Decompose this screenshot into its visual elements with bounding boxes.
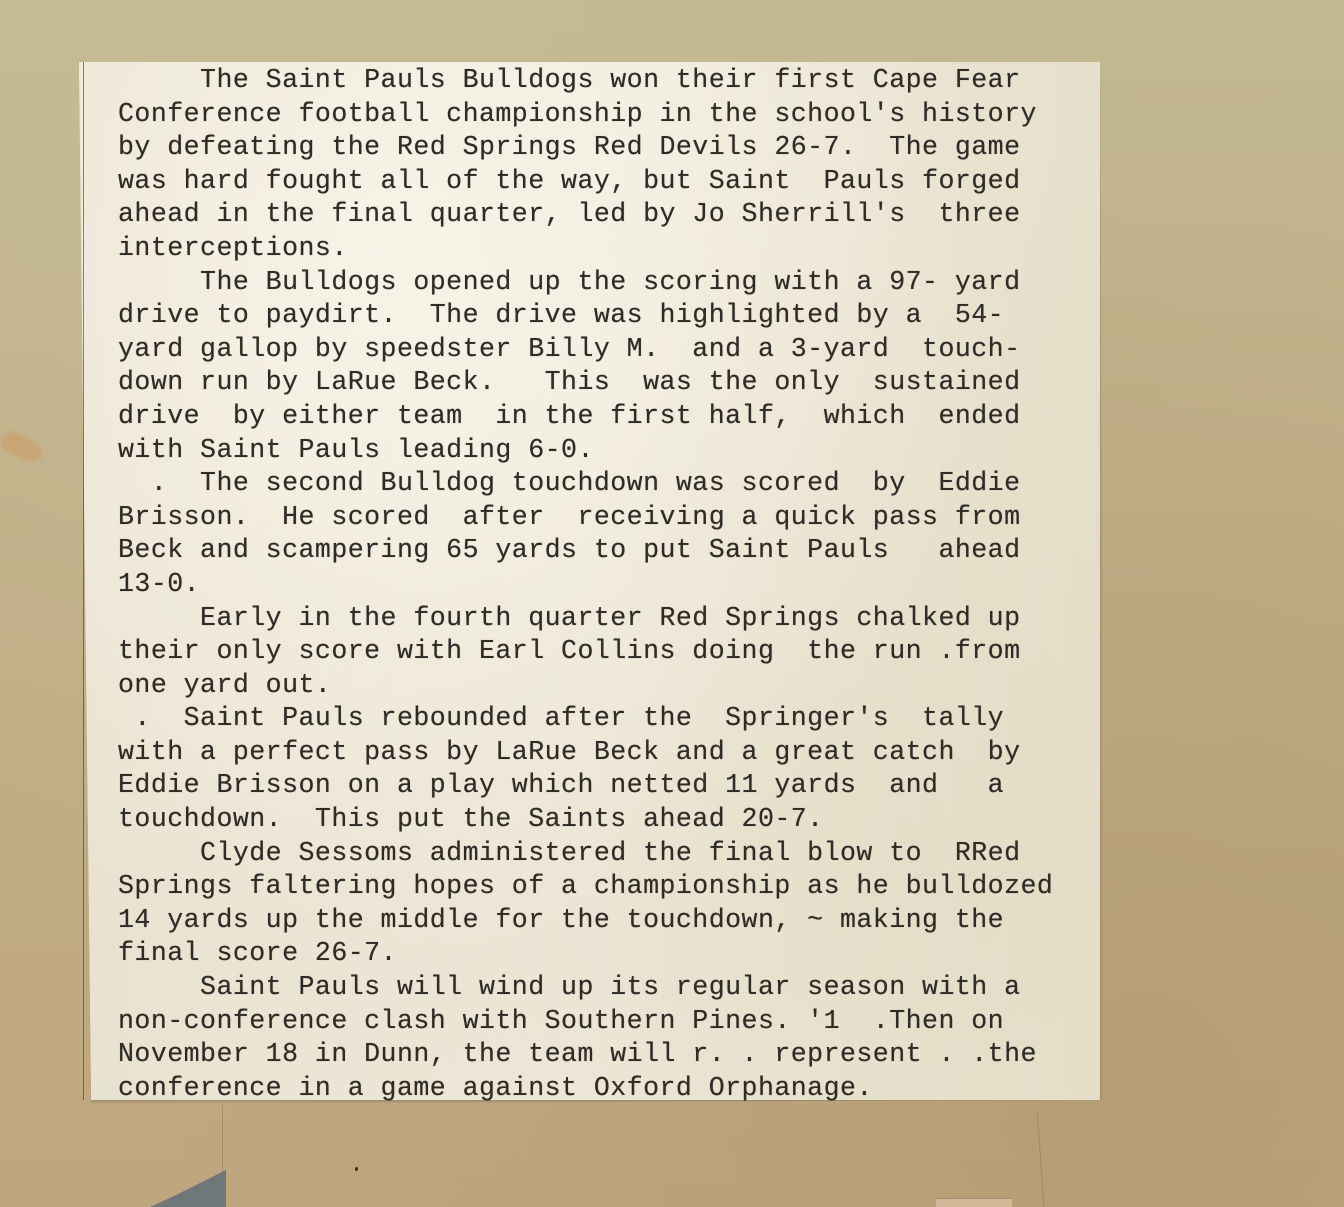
article-line: non-conference clash with Southern Pines… xyxy=(118,1005,1058,1039)
backing-speck xyxy=(355,1167,358,1171)
article-line: Brisson. He scored after receiving a qui… xyxy=(118,501,1058,535)
backing-paper-scrap xyxy=(936,1198,1012,1207)
clipping-edge xyxy=(83,62,84,1100)
article-line: down run by LaRue Beck. This was the onl… xyxy=(118,366,1058,400)
article-line: by defeating the Red Springs Red Devils … xyxy=(118,131,1058,165)
article-line: The Bulldogs opened up the scoring with … xyxy=(118,266,1058,300)
article-line: drive by either team in the first half, … xyxy=(118,400,1058,434)
article-line: one yard out. xyxy=(118,669,1058,703)
article-line: Eddie Brisson on a play which netted 11 … xyxy=(118,769,1058,803)
article-line: Conference football championship in the … xyxy=(118,98,1058,132)
backing-torn-corner xyxy=(150,1170,226,1207)
article-line: final score 26-7. xyxy=(118,937,1058,971)
article-line: conference in a game against Oxford Orph… xyxy=(118,1072,1058,1106)
article-line: with Saint Pauls leading 6-0. xyxy=(118,434,1058,468)
article-line: Springs faltering hopes of a championshi… xyxy=(118,870,1058,904)
article-line: drive to paydirt. The drive was highligh… xyxy=(118,299,1058,333)
article-line: . The second Bulldog touchdown was score… xyxy=(118,467,1058,501)
article-line: their only score with Earl Collins doing… xyxy=(118,635,1058,669)
backing-stain xyxy=(0,429,47,466)
article-line: was hard fought all of the way, but Sain… xyxy=(118,165,1058,199)
article-line: yard gallop by speedster Billy M. and a … xyxy=(118,333,1058,367)
article-line: Early in the fourth quarter Red Springs … xyxy=(118,602,1058,636)
article-line: 13-0. xyxy=(118,568,1058,602)
article-line: November 18 in Dunn, the team will r. . … xyxy=(118,1038,1058,1072)
article-line: with a perfect pass by LaRue Beck and a … xyxy=(118,736,1058,770)
article-line: touchdown. This put the Saints ahead 20-… xyxy=(118,803,1058,837)
article-text: The Saint Pauls Bulldogs won their first… xyxy=(118,64,1058,1105)
article-line: interceptions. xyxy=(118,232,1058,266)
article-line: Saint Pauls will wind up its regular sea… xyxy=(118,971,1058,1005)
article-line: 14 yards up the middle for the touchdown… xyxy=(118,904,1058,938)
article-line: ahead in the final quarter, led by Jo Sh… xyxy=(118,198,1058,232)
backing-crease xyxy=(1037,1110,1045,1207)
article-line: Clyde Sessoms administered the final blo… xyxy=(118,837,1058,871)
article-line: Beck and scampering 65 yards to put Sain… xyxy=(118,534,1058,568)
article-line: The Saint Pauls Bulldogs won their first… xyxy=(118,64,1058,98)
article-line: . Saint Pauls rebounded after the Spring… xyxy=(118,702,1058,736)
